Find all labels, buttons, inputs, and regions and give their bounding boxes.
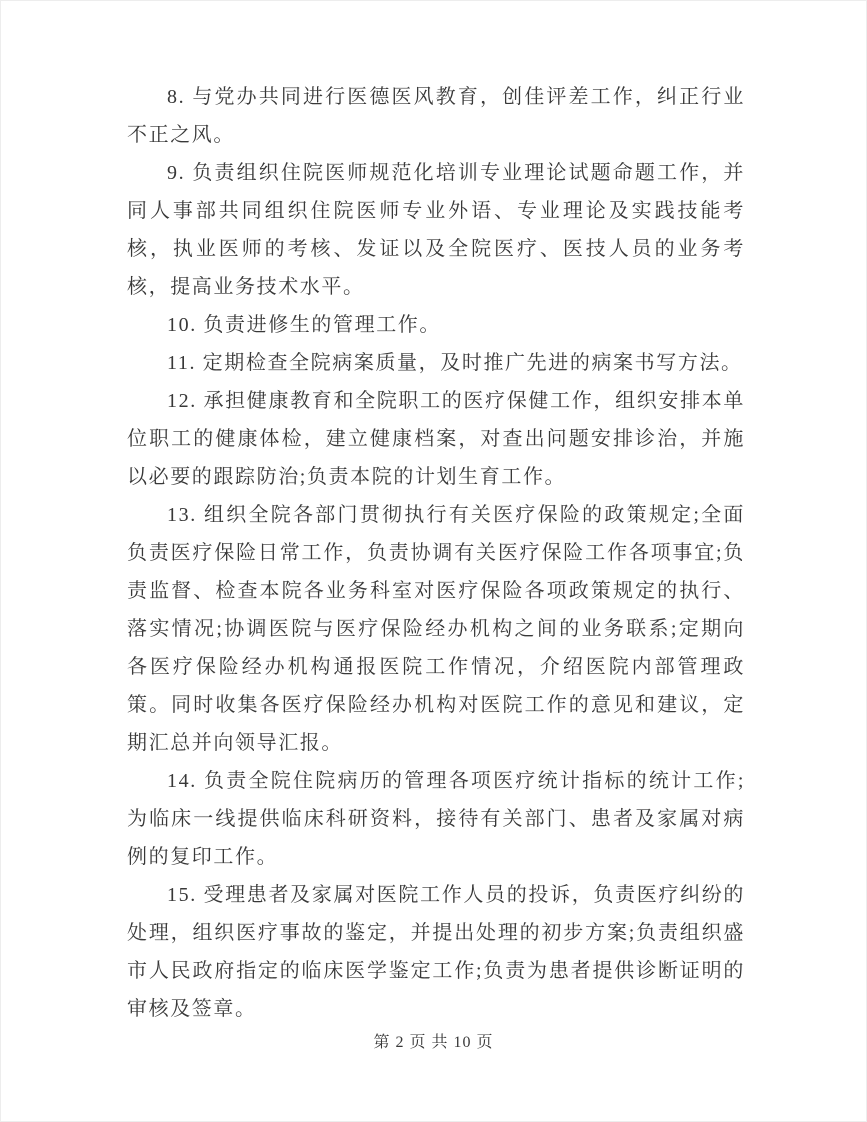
paragraph-item-13: 13. 组织全院各部门贯彻执行有关医疗保险的政策规定;全面负责医疗保险日常工作，…	[127, 496, 745, 762]
paragraph-item-15: 15. 受理患者及家属对医院工作人员的投诉，负责医疗纠纷的处理，组织医疗事故的鉴…	[127, 876, 745, 1028]
paragraph-item-12: 12. 承担健康教育和全院职工的医疗保健工作，组织安排本单位职工的健康体检，建立…	[127, 382, 745, 496]
page-number-label: 第 2 页 共 10 页	[373, 1034, 493, 1051]
document-body: 8. 与党办共同进行医德医风教育，创佳评差工作，纠正行业不正之风。 9. 负责组…	[127, 78, 745, 1028]
document-page: 8. 与党办共同进行医德医风教育，创佳评差工作，纠正行业不正之风。 9. 负责组…	[0, 0, 867, 1122]
paragraph-item-14: 14. 负责全院住院病历的管理各项医疗统计指标的统计工作;为临床一线提供临床科研…	[127, 762, 745, 876]
paragraph-item-8: 8. 与党办共同进行医德医风教育，创佳评差工作，纠正行业不正之风。	[127, 78, 745, 154]
paragraph-item-10: 10. 负责进修生的管理工作。	[127, 306, 745, 344]
paragraph-item-11: 11. 定期检查全院病案质量，及时推广先进的病案书写方法。	[127, 344, 745, 382]
page-footer: 第 2 页 共 10 页	[0, 1031, 867, 1055]
paragraph-item-9: 9. 负责组织住院医师规范化培训专业理论试题命题工作，并同人事部共同组织住院医师…	[127, 154, 745, 306]
